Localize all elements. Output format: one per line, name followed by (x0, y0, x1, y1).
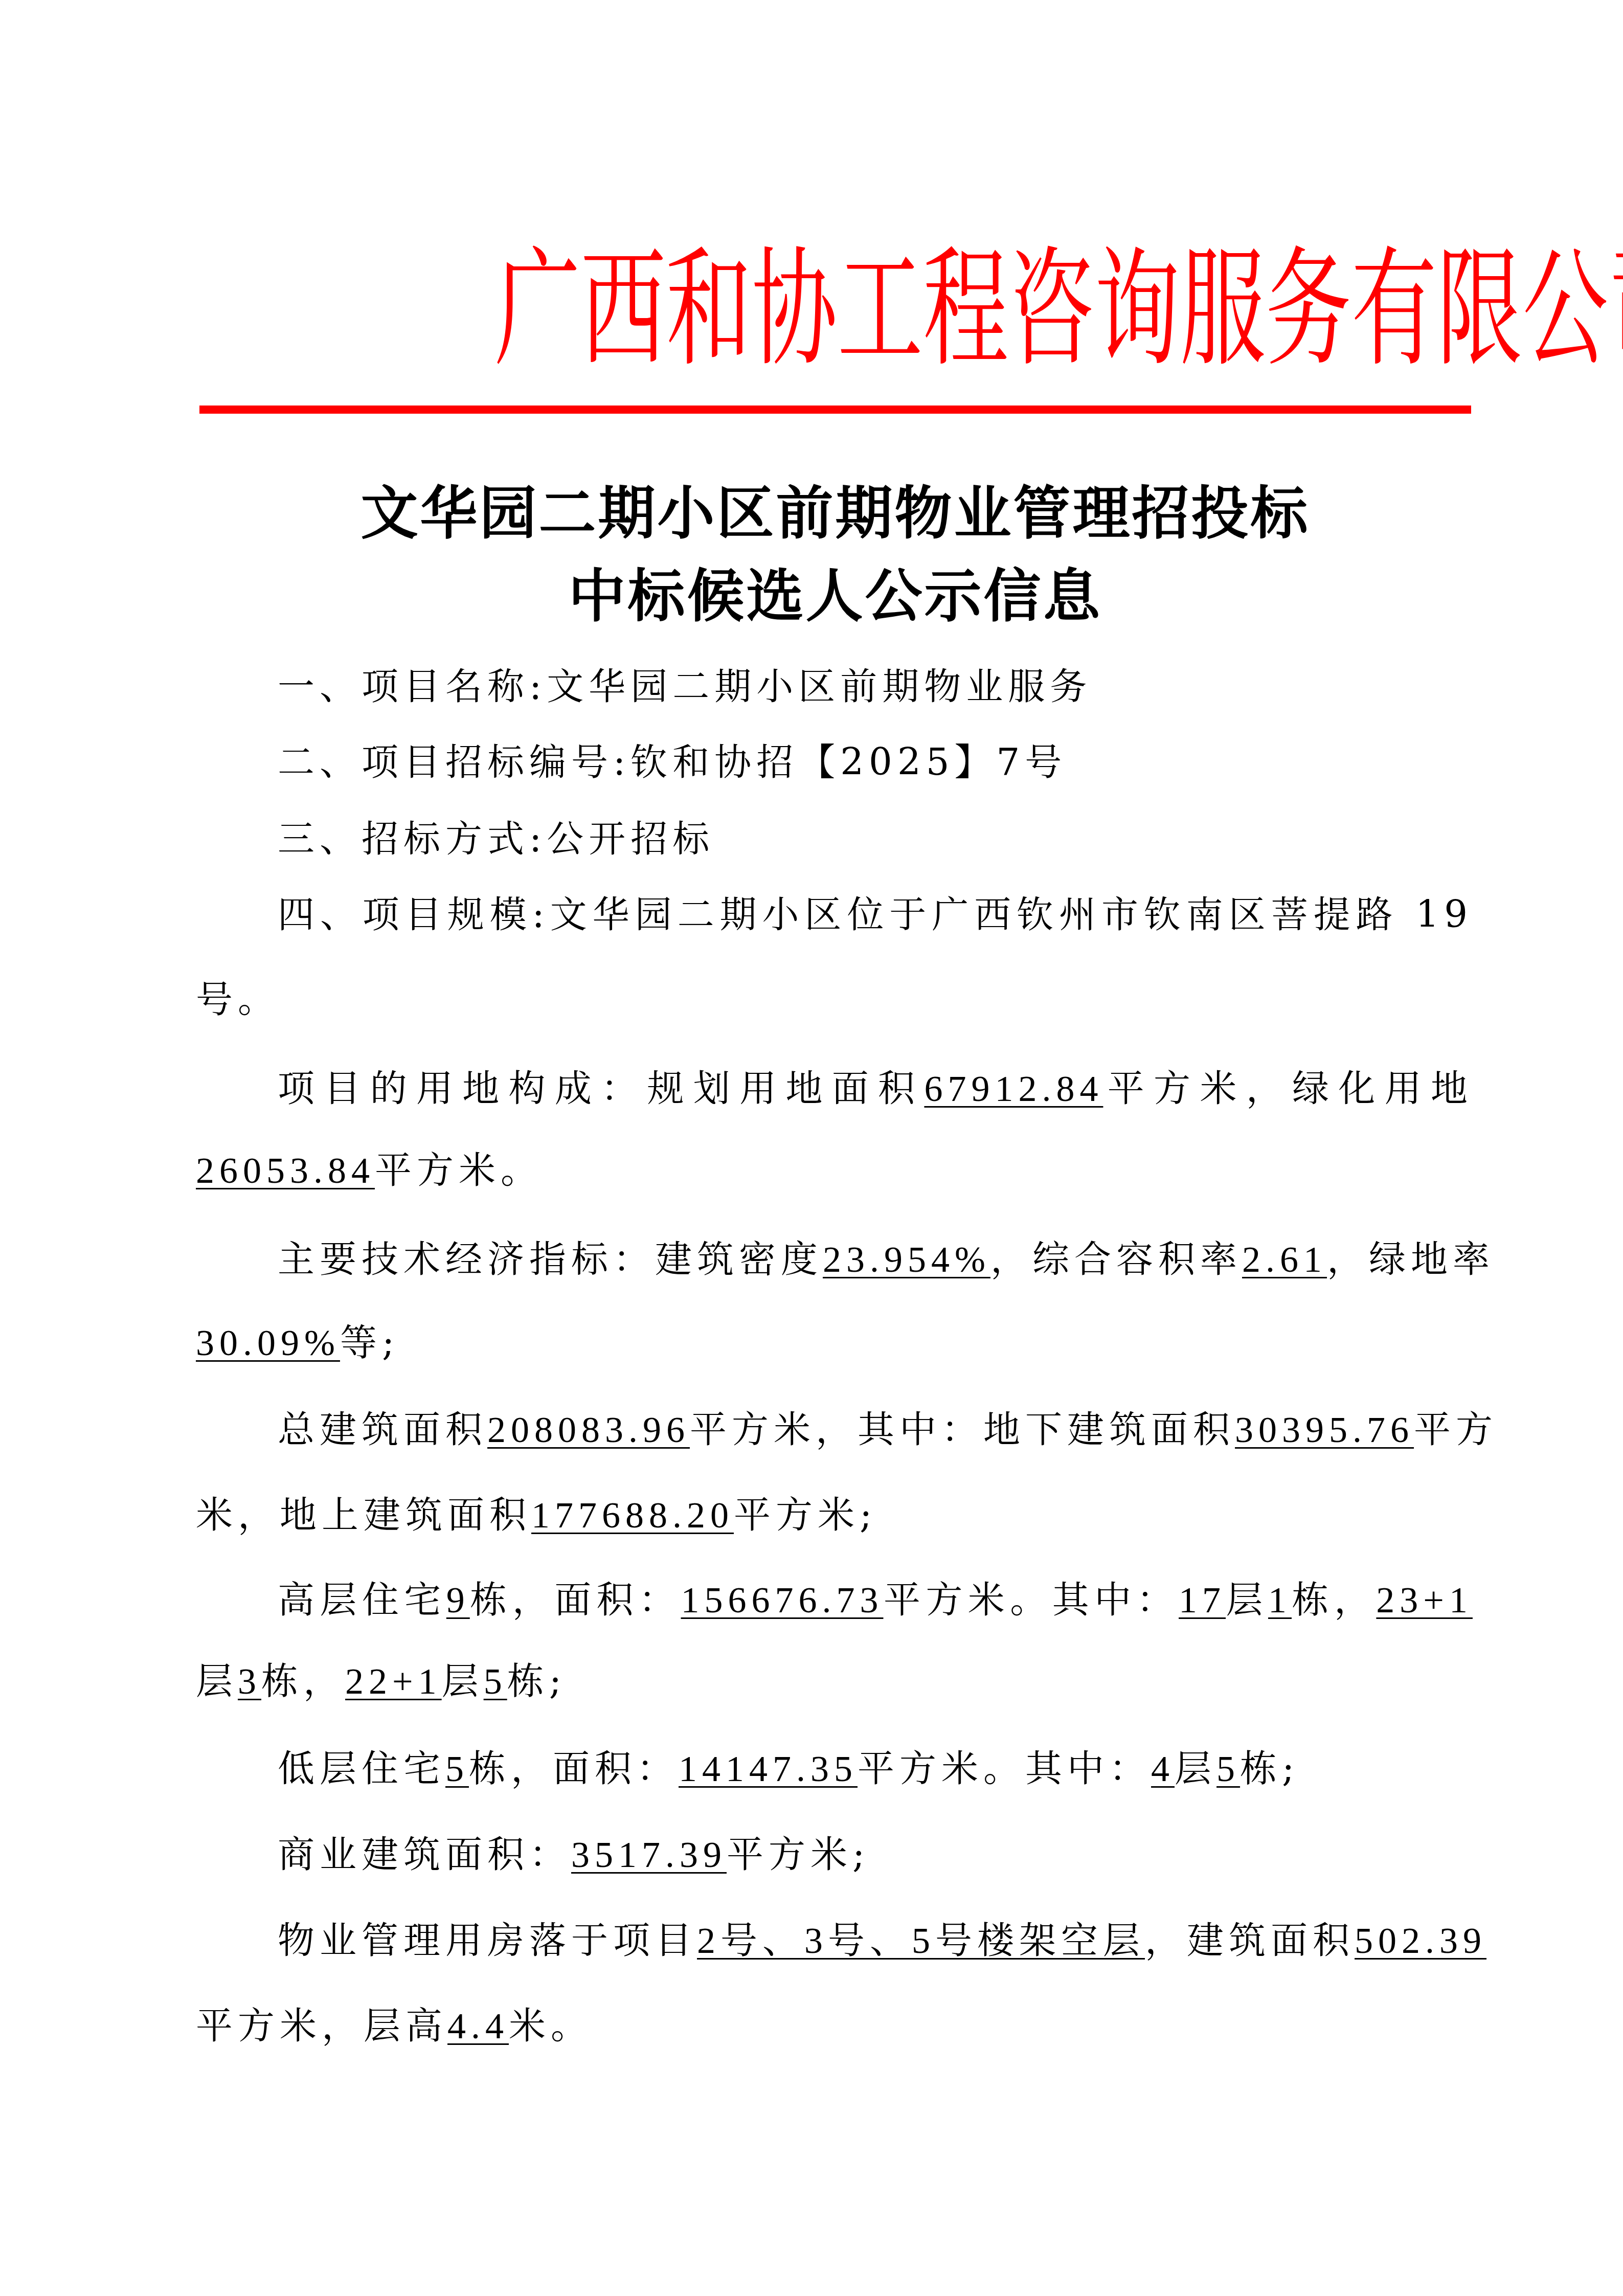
total-floor-area: 208083.96 (487, 1409, 690, 1450)
text: 米，地上建筑面积 (196, 1493, 531, 1536)
item-label: 三、招标方式: (278, 817, 547, 860)
text: 平方 (1414, 1408, 1498, 1451)
text: 低层住宅 (278, 1747, 445, 1790)
project-scale-value: 文华园二期小区位于广西钦州市钦南区菩提路 19 (550, 893, 1473, 936)
item-label: 四、项目规模: (278, 893, 550, 936)
text: 高层住宅 (278, 1578, 446, 1621)
high-rise-paragraph: 高层住宅9栋，面积：156676.73平方米。其中：17层1栋，23+1 (196, 1569, 1473, 1630)
document-title-line-2: 中标候选人公示信息 (199, 561, 1471, 633)
text: 栋，面积： (470, 1578, 681, 1621)
land-composition-paragraph: 项目的用地构成：规划用地面积67912.84平方米，绿化用地 (196, 1057, 1473, 1119)
management-room-height: 4.4 (447, 2006, 509, 2046)
company-name: 广西和协工程咨询服务有限公司 (495, 233, 1623, 386)
high-rise-count: 9 (446, 1580, 470, 1620)
low-rise-area: 14147.35 (679, 1748, 858, 1789)
high-rise-area: 156676.73 (681, 1580, 884, 1620)
text: 平方米，其中：地下建筑面积 (690, 1408, 1235, 1451)
plot-ratio: 2.61 (1242, 1239, 1327, 1280)
text: 平方米，层高 (196, 2004, 447, 2047)
tender-method-value: 公开招标 (547, 817, 714, 860)
high-rise-floors-1: 17 (1179, 1580, 1226, 1620)
text: 商业建筑面积： (278, 1833, 571, 1876)
management-room-cont: 平方米，层高4.4米。 (196, 1995, 1473, 2056)
green-ratio: 30.09% (196, 1322, 340, 1363)
text: 层 (1226, 1578, 1268, 1621)
management-room-area: 502.39 (1355, 1920, 1486, 1961)
project-scale-value-cont: 号。 (196, 978, 280, 1021)
item-project-scale-cont: 号。 (196, 969, 1473, 1030)
project-name-value: 文华园二期小区前期物业服务 (547, 665, 1092, 708)
text: 栋; (507, 1659, 567, 1702)
high-rise-floors-2: 23+1 (1376, 1580, 1473, 1620)
floor-area-paragraph: 总建筑面积208083.96平方米，其中：地下建筑面积30395.76平方 (196, 1399, 1473, 1460)
text: 平方米。其中： (884, 1578, 1179, 1621)
planned-land-area: 67912.84 (924, 1068, 1103, 1109)
text: 层 (442, 1659, 484, 1702)
text: ，绿地率 (1327, 1237, 1495, 1280)
indicators-cont: 30.09%等; (196, 1312, 1473, 1373)
low-rise-paragraph: 低层住宅5栋，面积：14147.35平方米。其中：4层5栋; (196, 1738, 1473, 1799)
commercial-area: 3517.39 (571, 1834, 727, 1875)
text: 层 (1175, 1747, 1216, 1790)
text: 平方米。 (375, 1149, 543, 1191)
high-rise-count-3: 5 (484, 1661, 507, 1702)
high-rise-count-1: 1 (1268, 1580, 1292, 1620)
text: 栋， (261, 1659, 345, 1702)
above-ground-floor-area: 177688.20 (531, 1495, 734, 1536)
high-rise-count-2: 3 (238, 1661, 261, 1702)
item-tender-number: 二、项目招标编号:钦和协招【2025】7号 (196, 731, 1473, 793)
building-density: 23.954% (823, 1239, 990, 1280)
text: 平方米; (727, 1833, 870, 1876)
management-room-paragraph: 物业管理用房落于项目2号、3号、5号楼架空层，建筑面积502.39 (196, 1909, 1473, 1971)
text: 总建筑面积 (278, 1408, 487, 1451)
text: 栋， (1292, 1578, 1376, 1621)
text: 栋，面积： (469, 1747, 679, 1790)
low-rise-count: 5 (445, 1748, 469, 1789)
management-room-location: 2号、3号、5号楼架空层 (697, 1920, 1145, 1961)
green-land-area: 26053.84 (196, 1150, 375, 1191)
high-rise-floors-3: 22+1 (345, 1661, 442, 1702)
indicators-paragraph: 主要技术经济指标：建筑密度23.954%，综合容积率2.61，绿地率 (196, 1228, 1473, 1290)
text: 平方米。其中： (858, 1747, 1151, 1790)
letterhead: 广西和协工程咨询服务有限公司 (199, 233, 1471, 386)
tender-number-value: 钦和协招【2025】7号 (630, 740, 1067, 783)
item-label: 二、项目招标编号: (278, 740, 630, 783)
low-rise-count-1: 5 (1216, 1748, 1240, 1789)
high-rise-cont: 层3栋，22+1层5栋; (196, 1650, 1473, 1712)
text: 主要技术经济指标：建筑密度 (278, 1237, 823, 1280)
land-composition-cont: 26053.84平方米。 (196, 1139, 1473, 1201)
text: ，综合容积率 (990, 1237, 1242, 1280)
letterhead-divider (199, 406, 1471, 414)
item-label: 一、项目名称: (278, 665, 547, 708)
text: 平方米，绿化用地 (1103, 1067, 1473, 1110)
text: 平方米; (734, 1493, 877, 1536)
text: 项目的用地构成：规划用地面积 (278, 1067, 924, 1110)
text: 物业管理用房落于项目 (278, 1919, 697, 1962)
item-project-scale: 四、项目规模:文华园二期小区位于广西钦州市钦南区菩提路 19 (196, 884, 1473, 945)
text: ，建筑面积 (1145, 1919, 1355, 1962)
text: 米。 (509, 2004, 593, 2047)
item-project-name: 一、项目名称:文华园二期小区前期物业服务 (196, 656, 1473, 717)
commercial-paragraph: 商业建筑面积：3517.39平方米; (196, 1824, 1473, 1885)
low-rise-floors: 4 (1151, 1748, 1175, 1789)
item-tender-method: 三、招标方式:公开招标 (196, 808, 1473, 869)
floor-area-cont: 米，地上建筑面积177688.20平方米; (196, 1484, 1473, 1545)
text: 栋; (1240, 1747, 1299, 1790)
document-title-line-1: 文华园二期小区前期物业管理招投标 (199, 478, 1471, 550)
underground-floor-area: 30395.76 (1235, 1409, 1414, 1450)
text: 层 (196, 1659, 238, 1702)
text: 等; (340, 1321, 399, 1364)
